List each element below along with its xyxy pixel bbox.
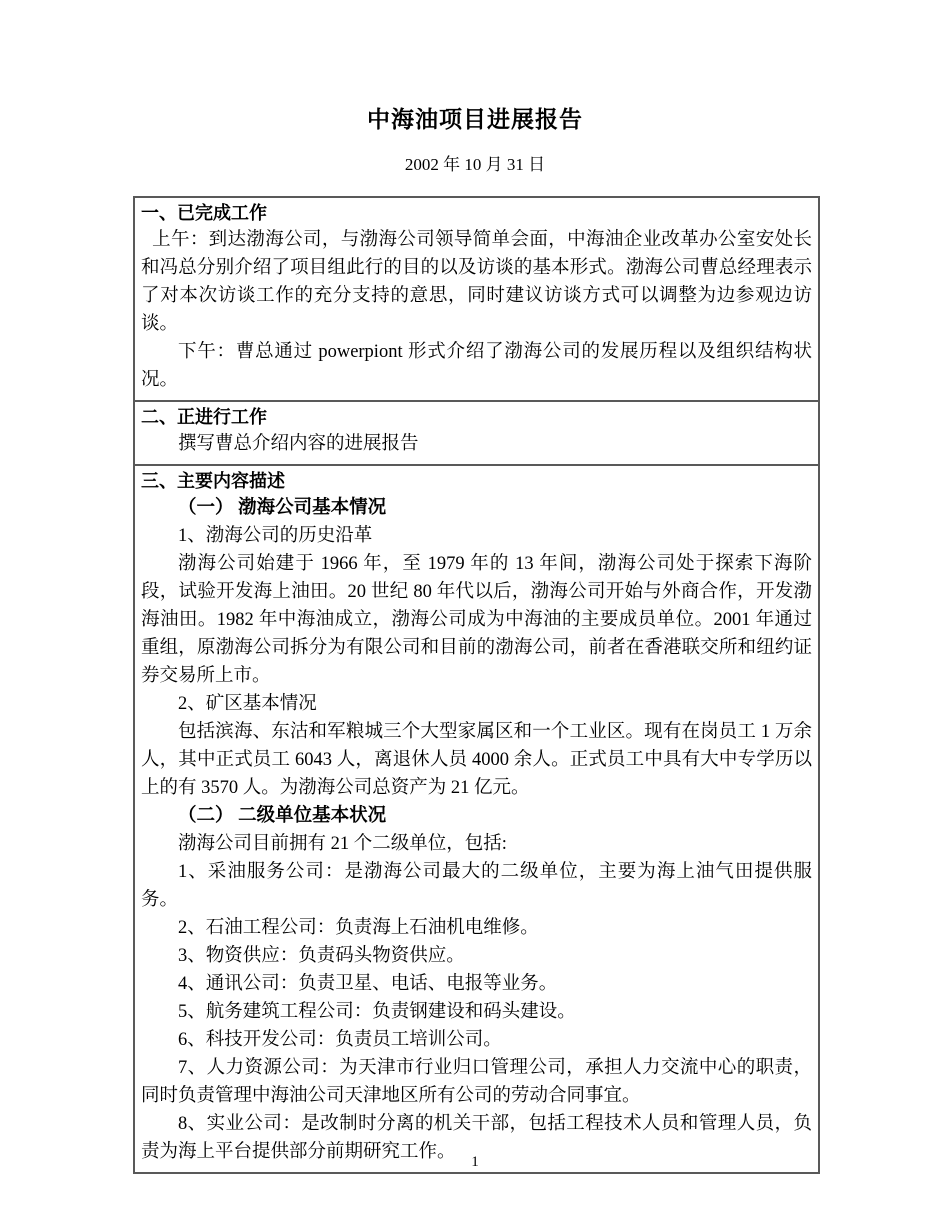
document-title: 中海油项目进展报告 <box>0 104 950 134</box>
item-title-history: 1、渤海公司的历史沿革 <box>141 522 812 550</box>
section-heading-completed: 一、已完成工作 <box>141 201 812 226</box>
document-date: 2002 年 10 月 31 日 <box>0 154 950 176</box>
section-heading-ongoing: 二、正进行工作 <box>141 405 812 430</box>
document-page: 中海油项目进展报告 2002 年 10 月 31 日 一、已完成工作 上午：到达… <box>0 0 950 1230</box>
cell-ongoing-work: 二、正进行工作 撰写曹总介绍内容的进展报告 <box>134 401 819 465</box>
paragraph-ongoing: 撰写曹总介绍内容的进展报告 <box>141 430 812 458</box>
unit-item-7: 7、人力资源公司：为天津市行业归口管理公司，承担人力交流中心的职责，同时负责管理… <box>141 1054 812 1110</box>
cell-main-content: 三、主要内容描述 （一） 渤海公司基本情况 1、渤海公司的历史沿革 渤海公司始建… <box>134 465 819 1173</box>
table-row-completed-work: 一、已完成工作 上午：到达渤海公司，与渤海公司领导简单会面，中海油企业改革办公室… <box>134 197 819 401</box>
paragraph-units-intro: 渤海公司目前拥有 21 个二级单位，包括: <box>141 830 812 858</box>
paragraph-mining-area: 包括滨海、东沽和军粮城三个大型家属区和一个工业区。现有在岗员工 1 万余人，其中… <box>141 718 812 802</box>
unit-item-4: 4、通讯公司：负责卫星、电话、电报等业务。 <box>141 970 812 998</box>
section-heading-main: 三、主要内容描述 <box>141 469 812 494</box>
subsection-heading-bohai-basic: （一） 渤海公司基本情况 <box>141 494 812 522</box>
subsection-heading-secondary-units: （二） 二级单位基本状况 <box>141 802 812 830</box>
cell-completed-work: 一、已完成工作 上午：到达渤海公司，与渤海公司领导简单会面，中海油企业改革办公室… <box>134 197 819 401</box>
page-number: 1 <box>0 1152 950 1172</box>
paragraph-afternoon: 下午：曹总通过 powerpiont 形式介绍了渤海公司的发展历程以及组织结构状… <box>141 338 812 394</box>
paragraph-morning: 上午：到达渤海公司，与渤海公司领导简单会面，中海油企业改革办公室安处长和冯总分别… <box>141 226 812 338</box>
table-row-main-content: 三、主要内容描述 （一） 渤海公司基本情况 1、渤海公司的历史沿革 渤海公司始建… <box>134 465 819 1173</box>
unit-item-2: 2、石油工程公司：负责海上石油机电维修。 <box>141 914 812 942</box>
unit-item-1: 1、采油服务公司：是渤海公司最大的二级单位，主要为海上油气田提供服务。 <box>141 858 812 914</box>
unit-item-5: 5、航务建筑工程公司：负责钢建设和码头建设。 <box>141 998 812 1026</box>
table-row-ongoing-work: 二、正进行工作 撰写曹总介绍内容的进展报告 <box>134 401 819 465</box>
unit-item-6: 6、科技开发公司：负责员工培训公司。 <box>141 1026 812 1054</box>
item-title-mining-area: 2、矿区基本情况 <box>141 690 812 718</box>
unit-item-3: 3、物资供应：负责码头物资供应。 <box>141 942 812 970</box>
report-table: 一、已完成工作 上午：到达渤海公司，与渤海公司领导简单会面，中海油企业改革办公室… <box>133 196 820 1174</box>
paragraph-history: 渤海公司始建于 1966 年，至 1979 年的 13 年间，渤海公司处于探索下… <box>141 550 812 690</box>
